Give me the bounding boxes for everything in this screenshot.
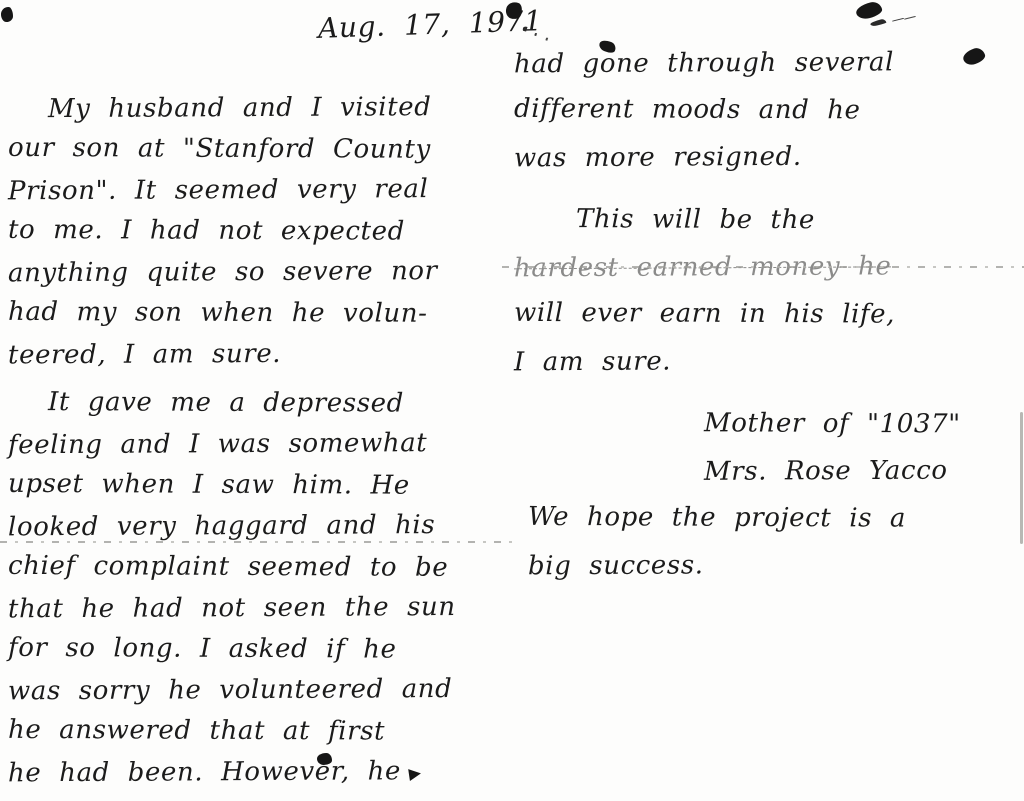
handwritten-line: It gave me a depressed (8, 382, 516, 425)
handwritten-line: that he had not seen the sun (8, 587, 516, 631)
handwritten-line: to me. I had not expected (8, 210, 516, 253)
scan-artifact-line (502, 266, 1024, 268)
handwritten-line: I am sure. (514, 337, 1024, 387)
handwritten-line: he had been. However, he (8, 751, 516, 795)
handwritten-line: Prison". It seemed very real (8, 169, 516, 213)
continuation-arrow-icon (408, 767, 422, 781)
letter-page: Aug. 17, 1971 My husband and I visitedou… (0, 0, 1024, 801)
scan-edge-mark (1020, 412, 1023, 544)
handwritten-line: Mother of "1037" (704, 400, 1024, 448)
handwritten-line: anything quite so severe nor (8, 251, 516, 295)
handwritten-line: My husband and I visited (8, 87, 516, 131)
ink-blot (1, 7, 13, 22)
handwritten-line: feeling and I was somewhat (8, 423, 516, 467)
handwritten-line: We hope the project is a (528, 494, 1024, 543)
handwritten-line: had my son when he volun- (8, 292, 516, 335)
handwritten-line: This will be the (514, 196, 1024, 245)
handwritten-line: teered, I am sure. (8, 333, 516, 377)
handwritten-line: Mrs. Rose Yacco (704, 447, 1024, 496)
right-column: had gone through severaldifferent moods … (514, 40, 1024, 589)
handwritten-line: he answered that at first (8, 710, 516, 753)
handwritten-line: our son at "Stanford County (8, 128, 516, 171)
ink-blot (855, 0, 884, 21)
handwritten-line: will ever earn in his life, (514, 290, 1024, 339)
handwritten-line: was more resigned. (514, 133, 1024, 183)
scan-artifact-line (0, 541, 520, 543)
ink-blot (317, 753, 332, 765)
handwritten-line: was sorry he volunteered and (8, 669, 516, 713)
handwritten-line: different moods and he (514, 86, 1024, 135)
handwritten-line: had gone through several (514, 39, 1024, 89)
left-column: My husband and I visitedour son at "Stan… (8, 88, 516, 793)
handwritten-line: chief complaint seemed to be (8, 546, 516, 589)
handwritten-line: for so long. I asked if he (8, 628, 516, 671)
handwritten-line: big success. (528, 541, 1024, 591)
handwritten-line: upset when I saw him. He (8, 464, 516, 507)
